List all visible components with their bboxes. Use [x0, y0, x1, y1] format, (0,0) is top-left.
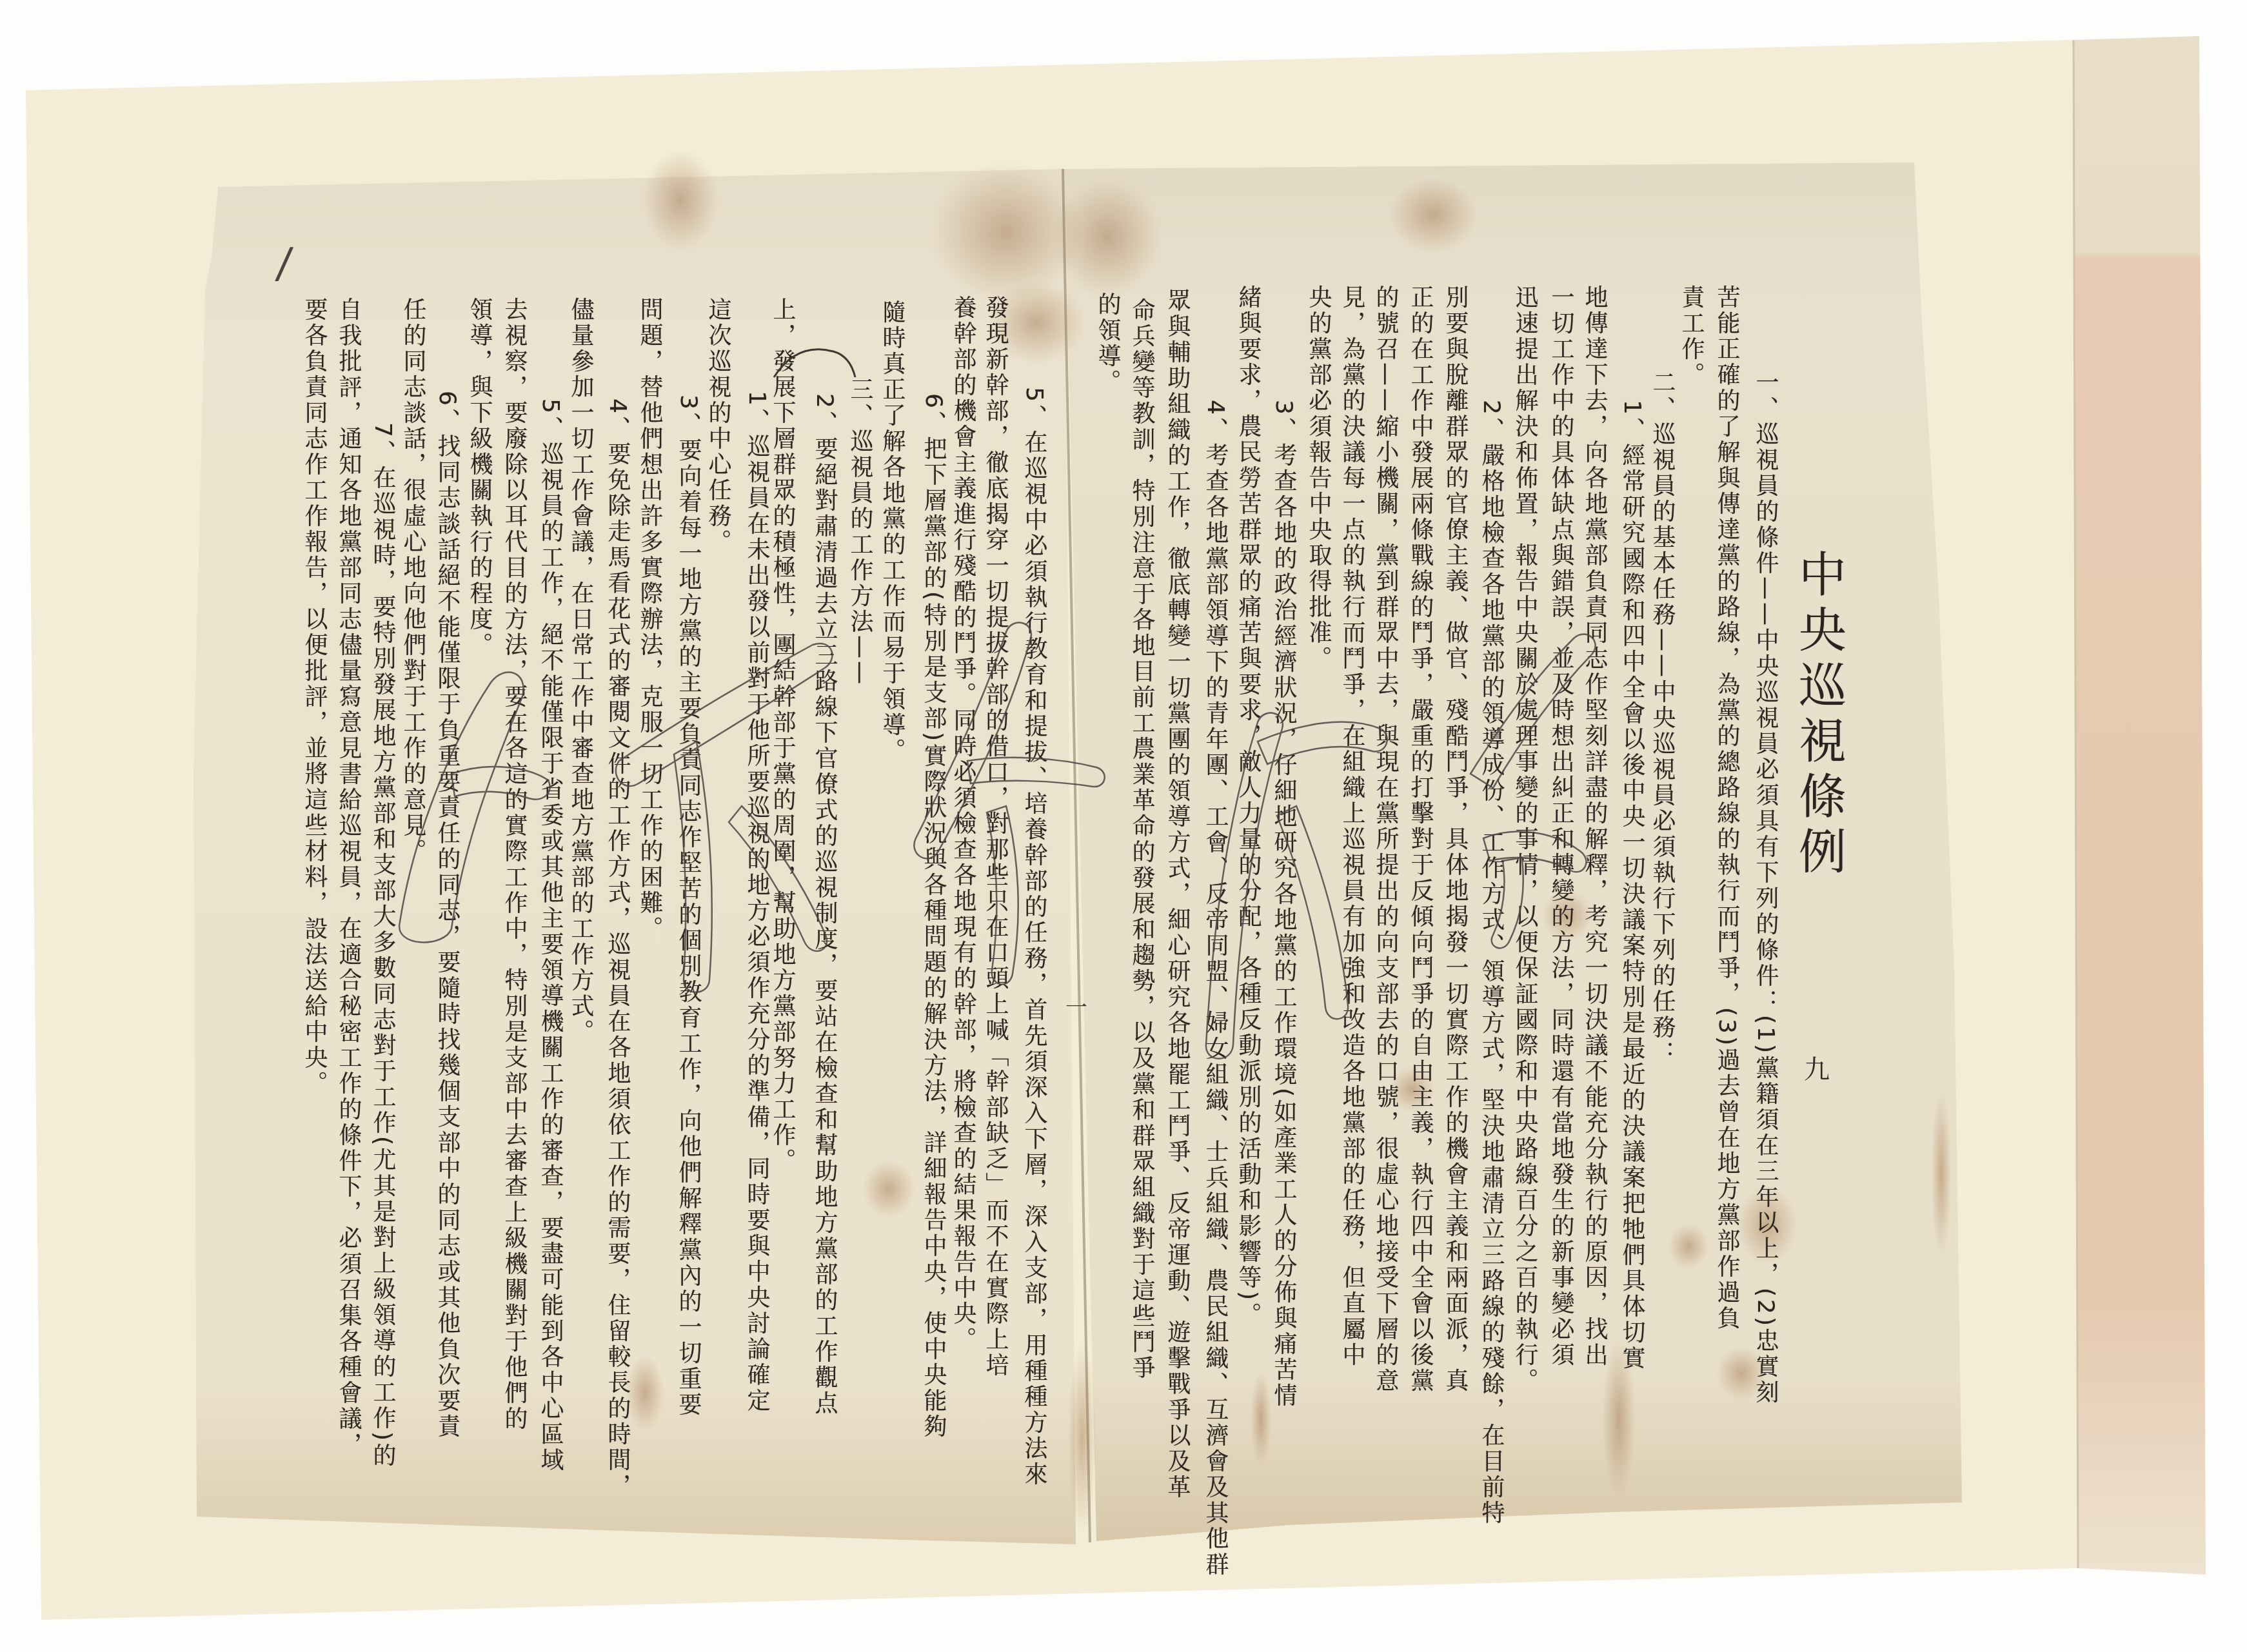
text-column: 1、巡視員在未出發以前對于他所要巡視的地方必須作充分的準備，同時要與中央討論確定	[744, 391, 769, 1414]
text-column: 4、要免除走馬看花式的審閱文件的工作方式，巡視員在各地須依工作的需要，住留較長的…	[604, 398, 630, 1499]
text-column: 6、找同志談話絕不能僅限于負重要責任的同志，要隨時找幾個支部中的同志或其他負次要…	[434, 391, 460, 1440]
document-title: 中央巡視條例	[1793, 549, 1845, 882]
text-column: 的領導。	[1094, 292, 1120, 395]
text-column: 問題，替他們想出許多實際辦法，克服一切工作的困難。	[637, 297, 662, 942]
text-column: 的號召——縮小機關，黨到群眾中去，與現在黨所提出的向支部去的口號，很虛心地接受下…	[1372, 285, 1398, 1394]
text-column: 發現新幹部，徹底揭穿一切提拔幹部的借口，對那些只在口頭上喊「幹部缺乏」而不在實際…	[982, 295, 1008, 1379]
text-column: 2、嚴格地檢查各地黨部的領導成份、工作方式、領導方式，堅決地肅清立三路線的殘餘，…	[1478, 400, 1504, 1526]
text-column: 見，為黨的決議每一点的執行而鬥爭，在組織上巡視員有加強和改造各地黨部的任務，但直…	[1339, 285, 1365, 1368]
text-column: 儘量參加一切工作會議，在日常工作中審查地方黨部的工作方式。	[568, 297, 593, 1045]
text-column: 6、把下層黨部的(特別是支部)實際狀況與各種問題的解決方法，詳細報告中央，使中央…	[920, 393, 946, 1440]
text-column: 隨時真正了解各地黨的工作而易于領導。	[879, 300, 905, 764]
text-column: 要各負責同志作工作報告，以便批評，並將這些材料，設法送給中央。	[301, 297, 327, 1097]
text-column: 緒與要求，農民勞苦群眾的痛苦與要求，敵人力量的分配，各種反動派別的活動和影響等)…	[1235, 285, 1261, 1328]
inserted-text-column: 上，發展下層群眾的積極性，團結幹部于黨的周圍，幫助地方黨部努力工作。	[769, 297, 795, 1174]
text-column: 領導，與下級機關執行的程度。	[466, 297, 492, 658]
page-number: 九	[1804, 1049, 1830, 1086]
text-column: 任的同志談話，很虛心地向他們對于工作的意見。	[400, 297, 426, 865]
text-column: 央的黨部必須報告中央取得批准。	[1305, 285, 1331, 672]
text-column: 責工作。	[1678, 285, 1704, 388]
text-column: 3、考查各地的政治經濟狀況，仔細地研究各地黨的工作環境(如產業工人的分佈與痛苦情	[1271, 400, 1296, 1409]
text-column: 迅速提出解決和佈置，報告中央關於處理事變的事情，以便保証國際和中央路線百分之百的…	[1512, 285, 1538, 1394]
text-column: 苦能正確的了解與傳達黨的路線，為黨的總路線的執行而鬥爭，(3)過去曾在地方黨部作…	[1714, 285, 1739, 1332]
mount-strip	[2074, 36, 2206, 1575]
text-column: 這次巡視的中心任務。	[705, 297, 731, 555]
text-column: 自我批評，通知各地黨部同志儘量寫意見書給巡視員，在適合秘密工作的條件下，必須召集…	[335, 297, 361, 1458]
text-column: 5、巡視員的工作，絕不能僅限于省委或其他主要領導機關工作的審查，要盡可能到各中心…	[537, 398, 563, 1473]
text-column: 一、巡視員的條件——中央巡視員必須具有下列的條件：(1)黨籍須在三年以上，(2)…	[1752, 370, 1778, 1406]
text-column: 1、經常研究國際和四中全會以後中央一切決議案特別是最近的決議案把牠們具体切實	[1619, 400, 1645, 1372]
text-column: 正的在工作中發展兩條戰線的鬥爭，嚴重的打擊對于反傾向鬥爭的自由主義，執行四中全會…	[1407, 285, 1433, 1394]
section-heading: 二、巡視員的基本任務——中央巡視員必須執行下列的任務：	[1649, 370, 1675, 1067]
text-column: 4、考查各地黨部領導下的青年團、工會、反帝同盟、婦女組織、士兵組織、農民組織、互…	[1202, 400, 1228, 1578]
text-column: 一切工作中的具体缺点與錯誤，並及時想出糾正和轉變的方法，同時還有當地發生的新事變…	[1548, 285, 1574, 1368]
text-column: 命兵變等教訓，特別注意于各地目前工農業革命的發展和趨勢，以及黨和群眾組織對于這些…	[1129, 298, 1154, 1381]
inserted-text-column: 2、要絕對肅清過去立三路線下官僚式的巡視制度，要站在檢查和幫助地方黨部的工作觀点	[811, 393, 837, 1417]
text-column: 5、在巡視中必須執行教育和提拔、培養幹部的任務，首先須深入下層，深入支部，用種種…	[1021, 387, 1047, 1488]
text-column: 養幹部的機會主義進行殘酷的鬥爭。同時必須檢查各地現有的幹部，將檢查的結果報告中央…	[950, 295, 976, 1353]
section-heading: 三、巡視員的工作方法——	[847, 377, 873, 687]
text-column: 地傳達下去，向各地黨部負責同志作堅刻詳盡的解釋，考究一切決議不能充分執行的原因，…	[1581, 285, 1607, 1368]
fold-mark: 一	[1065, 990, 1087, 1021]
text-column: 3、要向着每一地方黨的主要負責同志作堅苦的個別教育工作，向他們解釋黨內的一切重要	[675, 395, 701, 1418]
text-column: 7、在巡視時，要特別發展地方黨部和支部大多數同志對于工作(尤其是對上級領導的工作…	[370, 422, 395, 1469]
text-column: 去視察，要廢除以耳代目的方法，要在各這的實際工作中，特別是支部中去審查上級機關對…	[501, 297, 527, 1432]
text-column: 眾與輔助組織的工作，徹底轉變一切黨團的領導方式，細心研究各地罷工鬥爭、反帝運動、…	[1164, 288, 1190, 1500]
text-column: 別要與脫離群眾的官僚主義、做官、殘酷鬥爭，具体地揭發一切實際工作的機會主義和兩面…	[1442, 285, 1468, 1394]
